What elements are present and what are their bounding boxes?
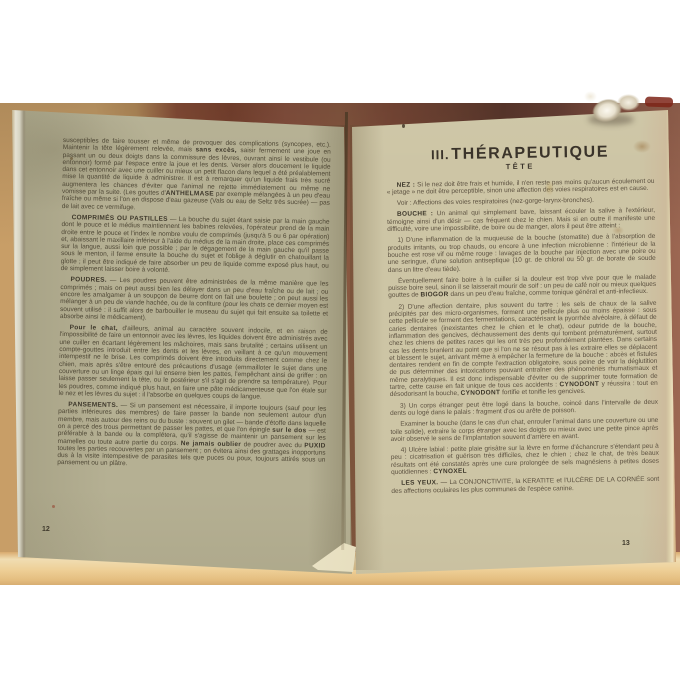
page-title: THÉRAPEUTIQUE <box>451 143 609 162</box>
body-paragraph: Examiner la bouche (dans le cas d'un cha… <box>390 417 658 443</box>
book-photo: susceptibles de faire tousser et même de… <box>0 0 680 680</box>
spine-shadow-right <box>350 125 384 570</box>
spine-shadow-left <box>308 125 346 565</box>
paper-speck <box>402 124 405 128</box>
page-number-right: 13 <box>622 540 630 547</box>
right-page-text: III. THÉRAPEUTIQUE TÊTE NEZ : Si le nez … <box>386 146 659 495</box>
chapter-title: III. THÉRAPEUTIQUE <box>386 148 654 163</box>
body-paragraph: 3) Un corps étranger peut être logé dans… <box>390 398 658 417</box>
paper-stain <box>545 180 554 196</box>
body-paragraph: susceptibles de faire tousser et même de… <box>62 137 331 215</box>
section-subtitle: TÊTE <box>386 161 654 173</box>
paper-stain <box>612 226 624 235</box>
red-wood-chip <box>645 97 673 108</box>
body-paragraph: 2) D'une affection dentaire, plus souven… <box>388 300 657 399</box>
body-paragraph: NEZ : Si le nez doit être frais et humid… <box>386 177 654 196</box>
body-paragraph: POUDRES. — Les poudres peuvent être admi… <box>60 276 329 324</box>
body-paragraph: Voir : Affections des voies respiratoire… <box>387 196 655 208</box>
body-paragraph: COMPRIMÉS OU PASTILLES — La bouche du su… <box>61 214 330 277</box>
chapter-number: III. <box>431 147 450 162</box>
body-paragraph: Éventuellement faire boire à la cuiller … <box>388 274 656 300</box>
body-paragraph: Pour le chat, d'ailleurs, animal au cara… <box>58 324 327 402</box>
paper-speck <box>70 157 73 160</box>
paper-speck <box>52 505 55 508</box>
page-number-left: 12 <box>42 526 50 533</box>
body-paragraph: 1) D'une inflammation de la muqueuse de … <box>387 233 656 274</box>
shiny-object <box>584 91 597 102</box>
paper-stain <box>633 140 651 153</box>
body-paragraph: 4) Ulcère labial : petite plaie grisâtre… <box>391 443 659 476</box>
paper-stain <box>594 363 605 371</box>
left-page-text: susceptibles de faire tousser et même de… <box>57 137 331 471</box>
body-paragraph: PANSEMENTS. — Si un pansement est nécess… <box>57 401 326 471</box>
shiny-object <box>617 94 640 111</box>
